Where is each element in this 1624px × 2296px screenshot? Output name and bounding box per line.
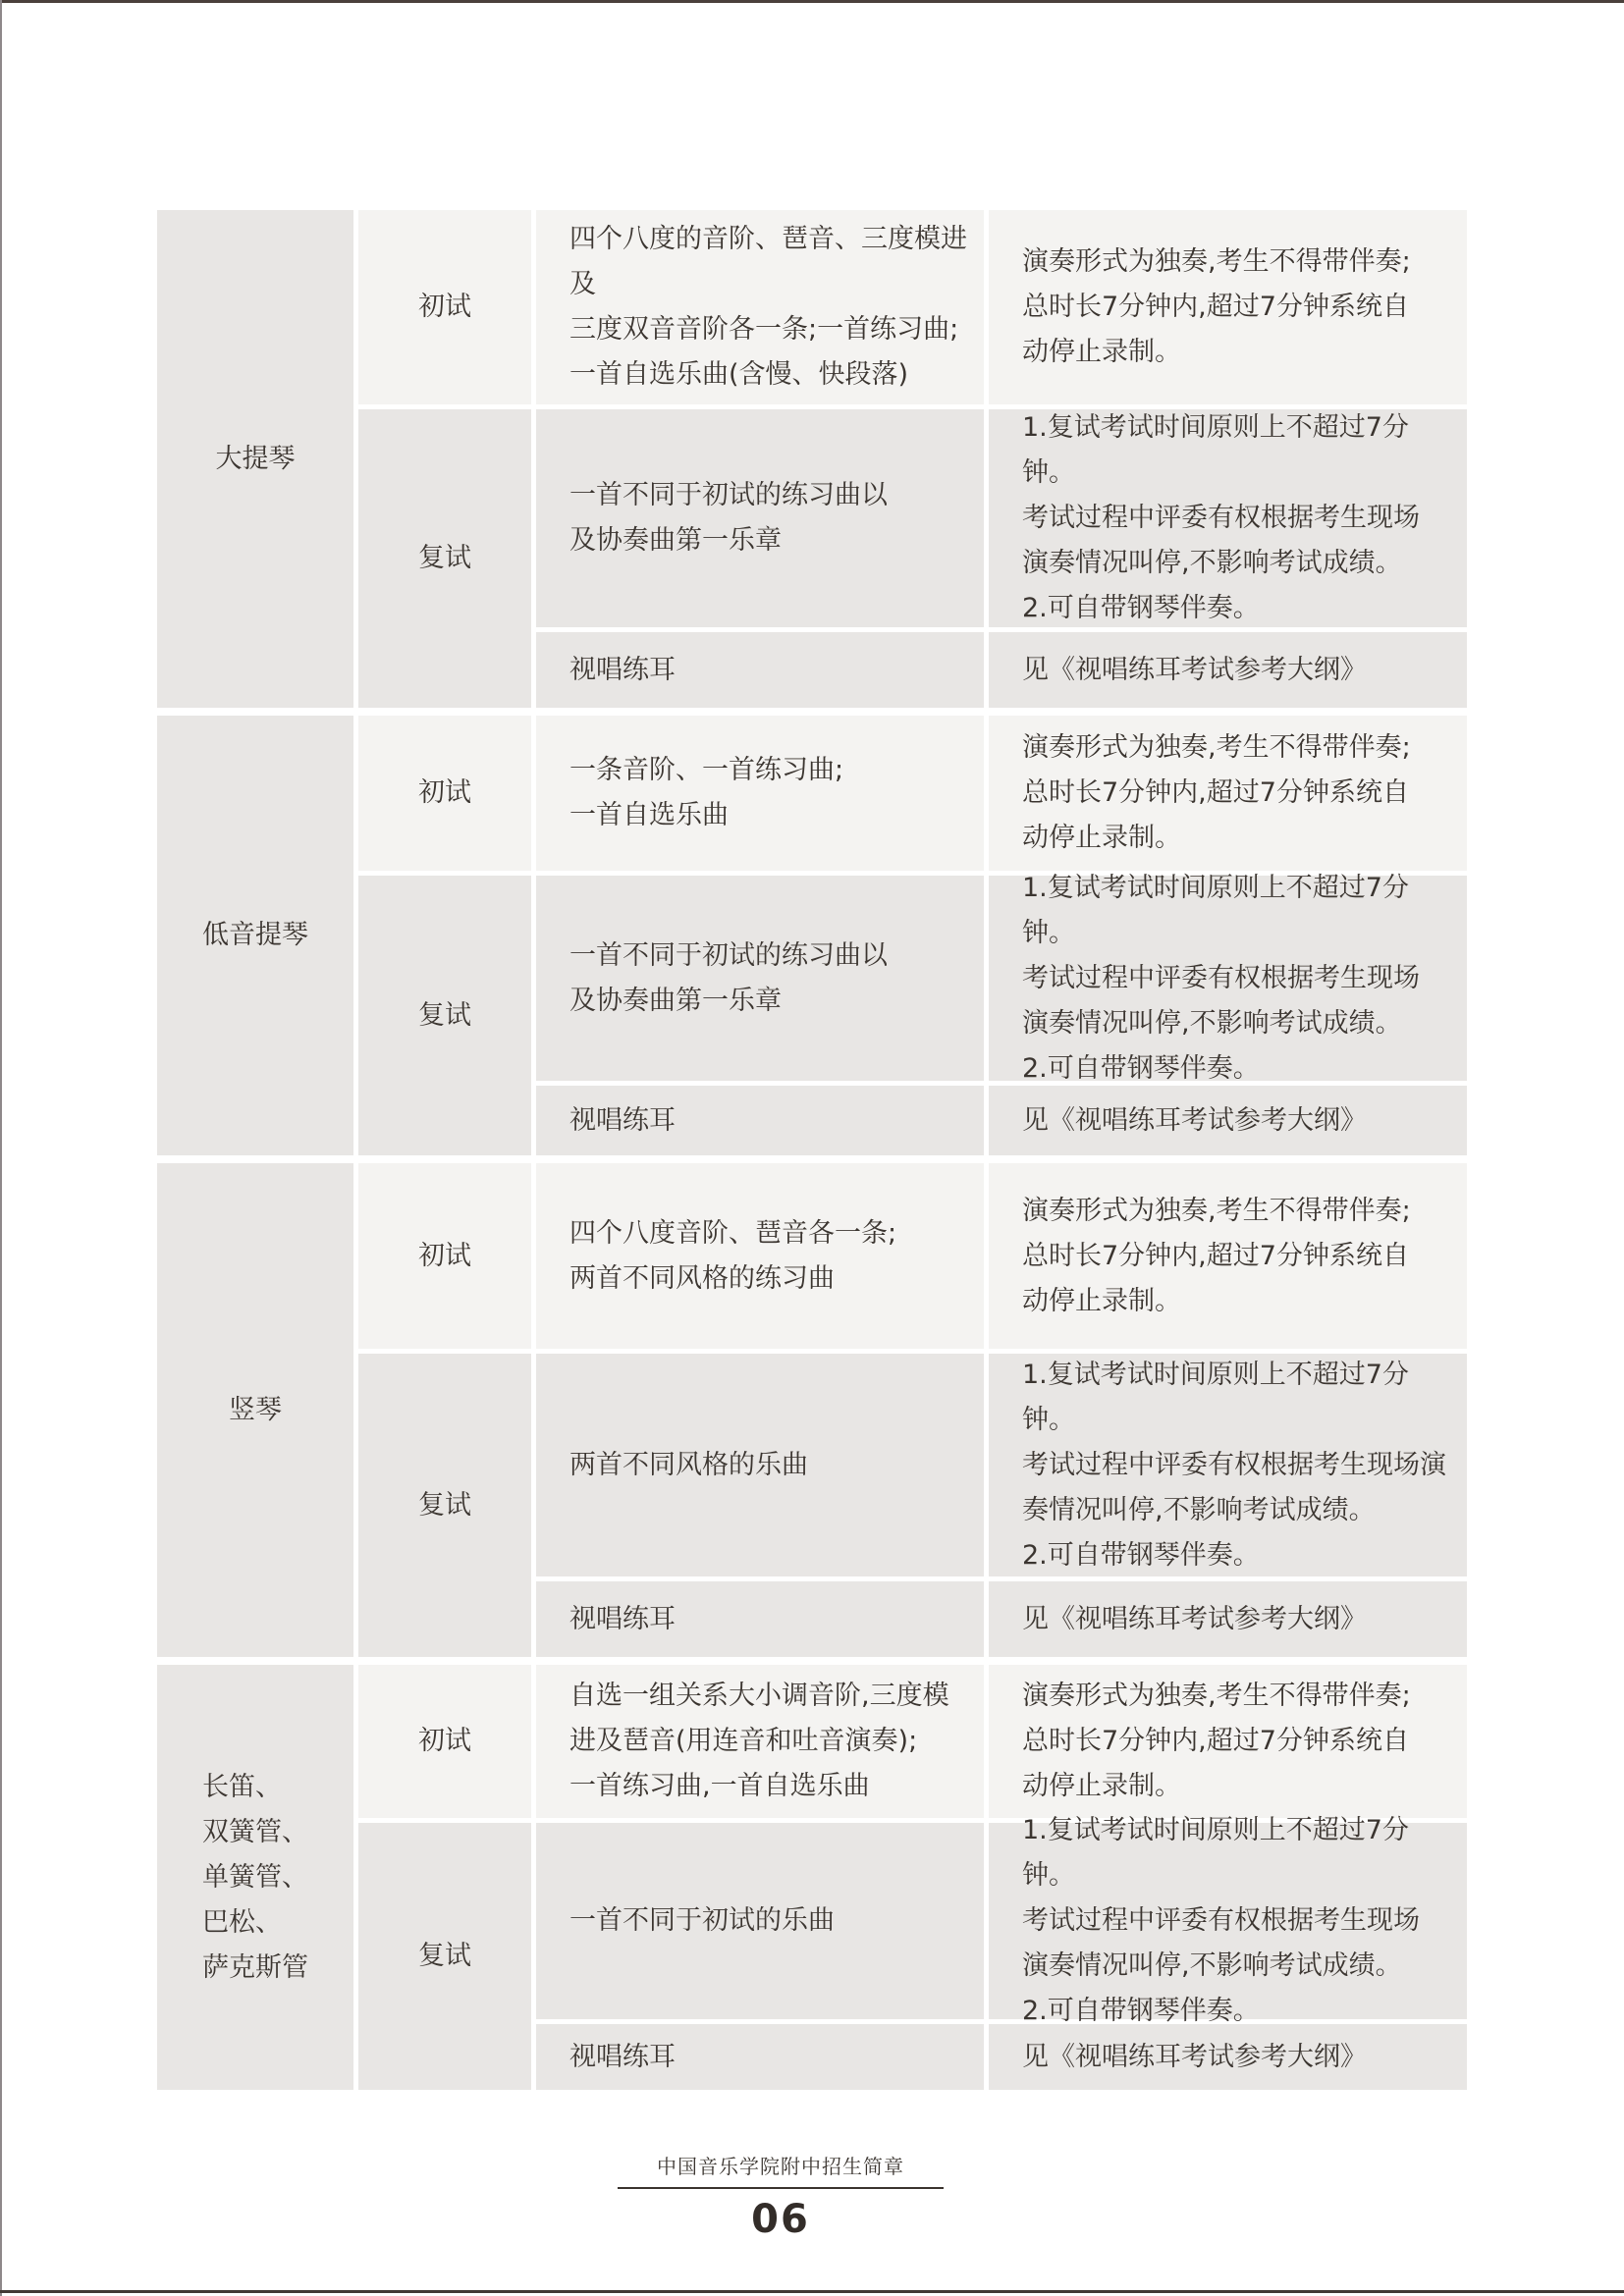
solfege-subject-cell: 视唱练耳 xyxy=(536,2024,984,2090)
requirement-line: 考试过程中评委有权根据考生现场 xyxy=(1022,1898,1457,1944)
instrument-name: 低音提琴 xyxy=(202,913,308,958)
content-line: 自选一组关系大小调音阶,三度模 xyxy=(569,1674,974,1719)
requirement-line: 演奏形式为独奏,考生不得带伴奏; xyxy=(1022,725,1457,771)
exam-table: 大提琴初试四个八度的音阶、琶音、三度模进及三度双音音阶各一条;一首练习曲;一首自… xyxy=(157,210,1467,2090)
page-footer: 中国音乐学院附中招生简章 06 xyxy=(565,2154,997,2242)
instrument-line: 萨克斯管 xyxy=(202,1946,308,1991)
solfege-requirement-cell: 见《视唱练耳考试参考大纲》 xyxy=(989,2024,1467,2090)
solfege-requirement-cell: 见《视唱练耳考试参考大纲》 xyxy=(989,632,1467,708)
instrument-name: 大提琴 xyxy=(216,437,296,482)
stage-cell-final: 复试 xyxy=(358,876,531,1155)
requirement-line: 演奏情况叫停,不影响考试成绩。 xyxy=(1022,1001,1457,1046)
final-content-cell: 一首不同于初试的练习曲以及协奏曲第一乐章 xyxy=(536,409,984,627)
table-section: 竖琴初试四个八度音阶、琶音各一条;两首不同风格的练习曲演奏形式为独奏,考生不得带… xyxy=(157,1163,1467,1657)
requirement-line: 总时长7分钟内,超过7分钟系统自 xyxy=(1022,285,1457,330)
instrument-line: 低音提琴 xyxy=(202,913,308,958)
instrument-name: 长笛、双簧管、单簧管、巴松、萨克斯管 xyxy=(202,1765,308,1991)
content-line: 一首不同于初试的练习曲以 xyxy=(569,473,974,518)
solfege-requirement-cell: 见《视唱练耳考试参考大纲》 xyxy=(989,1086,1467,1155)
page-bottom-border xyxy=(0,2290,1624,2293)
instrument-name: 竖琴 xyxy=(229,1388,282,1433)
final-content-cell: 一首不同于初试的乐曲 xyxy=(536,1823,984,2019)
requirement-line: 动停止录制。 xyxy=(1022,330,1457,375)
instrument-cell: 低音提琴 xyxy=(157,716,353,1155)
content-line: 一首自选乐曲(含慢、快段落) xyxy=(569,352,974,398)
preliminary-requirement-cell: 演奏形式为独奏,考生不得带伴奏;总时长7分钟内,超过7分钟系统自动停止录制。 xyxy=(989,1163,1467,1349)
page-number: 06 xyxy=(565,2197,997,2242)
preliminary-requirement-cell: 演奏形式为独奏,考生不得带伴奏;总时长7分钟内,超过7分钟系统自动停止录制。 xyxy=(989,1665,1467,1818)
final-requirement-cell: 1.复试考试时间原则上不超过7分钟。考试过程中评委有权根据考生现场演奏情况叫停,… xyxy=(989,1354,1467,1576)
requirement-line: 动停止录制。 xyxy=(1022,816,1457,861)
requirement-line: 考试过程中评委有权根据考生现场 xyxy=(1022,496,1457,541)
instrument-line: 单簧管、 xyxy=(202,1855,308,1900)
stage-cell-preliminary: 初试 xyxy=(358,1665,531,1818)
content-line: 一首不同于初试的练习曲以 xyxy=(569,934,974,979)
requirement-line: 演奏情况叫停,不影响考试成绩。 xyxy=(1022,1944,1457,1989)
table-section: 长笛、双簧管、单簧管、巴松、萨克斯管初试自选一组关系大小调音阶,三度模进及琶音(… xyxy=(157,1665,1467,2090)
requirement-line: 演奏情况叫停,不影响考试成绩。 xyxy=(1022,541,1457,586)
preliminary-content-cell: 自选一组关系大小调音阶,三度模进及琶音(用连音和吐音演奏);一首练习曲,一首自选… xyxy=(536,1665,984,1818)
requirement-line: 1.复试考试时间原则上不超过7分钟。 xyxy=(1022,405,1457,496)
content-line: 及协奏曲第一乐章 xyxy=(569,979,974,1024)
requirement-line: 演奏形式为独奏,考生不得带伴奏; xyxy=(1022,1189,1457,1234)
instrument-line: 双簧管、 xyxy=(202,1810,308,1855)
requirement-line: 2.可自带钢琴伴奏。 xyxy=(1022,1046,1457,1092)
stage-cell-final: 复试 xyxy=(358,1823,531,2090)
content-line: 进及琶音(用连音和吐音演奏); xyxy=(569,1719,974,1764)
instrument-line: 巴松、 xyxy=(202,1900,308,1946)
requirement-line: 总时长7分钟内,超过7分钟系统自 xyxy=(1022,771,1457,816)
requirement-line: 演奏形式为独奏,考生不得带伴奏; xyxy=(1022,240,1457,285)
requirement-line: 考试过程中评委有权根据考生现场演 xyxy=(1022,1443,1457,1488)
instrument-line: 大提琴 xyxy=(216,437,296,482)
solfege-subject-cell: 视唱练耳 xyxy=(536,1581,984,1657)
stage-cell-final: 复试 xyxy=(358,1354,531,1657)
requirement-line: 奏情况叫停,不影响考试成绩。 xyxy=(1022,1488,1457,1533)
final-content-cell: 两首不同风格的乐曲 xyxy=(536,1354,984,1576)
requirement-line: 考试过程中评委有权根据考生现场 xyxy=(1022,956,1457,1001)
stage-cell-preliminary: 初试 xyxy=(358,210,531,404)
content-line: 三度双音音阶各一条;一首练习曲; xyxy=(569,307,974,352)
requirement-line: 动停止录制。 xyxy=(1022,1279,1457,1324)
final-requirement-cell: 1.复试考试时间原则上不超过7分钟。考试过程中评委有权根据考生现场演奏情况叫停,… xyxy=(989,409,1467,627)
requirement-line: 1.复试考试时间原则上不超过7分钟。 xyxy=(1022,866,1457,956)
footer-divider xyxy=(618,2187,944,2189)
page-top-border xyxy=(0,0,1624,3)
final-requirement-cell: 1.复试考试时间原则上不超过7分钟。考试过程中评委有权根据考生现场演奏情况叫停,… xyxy=(989,1823,1467,2019)
content-line: 四个八度的音阶、琶音、三度模进及 xyxy=(569,217,974,307)
content-line: 两首不同风格的乐曲 xyxy=(569,1443,974,1488)
content-line: 两首不同风格的练习曲 xyxy=(569,1256,974,1302)
preliminary-content-cell: 一条音阶、一首练习曲;一首自选乐曲 xyxy=(536,716,984,871)
solfege-subject-cell: 视唱练耳 xyxy=(536,1086,984,1155)
preliminary-content-cell: 四个八度的音阶、琶音、三度模进及三度双音音阶各一条;一首练习曲;一首自选乐曲(含… xyxy=(536,210,984,404)
footer-title: 中国音乐学院附中招生简章 xyxy=(565,2154,997,2179)
stage-cell-preliminary: 初试 xyxy=(358,716,531,871)
preliminary-requirement-cell: 演奏形式为独奏,考生不得带伴奏;总时长7分钟内,超过7分钟系统自动停止录制。 xyxy=(989,210,1467,404)
content-line: 及协奏曲第一乐章 xyxy=(569,518,974,563)
requirement-line: 2.可自带钢琴伴奏。 xyxy=(1022,1533,1457,1578)
content-line: 一条音阶、一首练习曲; xyxy=(569,748,974,793)
content-line: 四个八度音阶、琶音各一条; xyxy=(569,1211,974,1256)
instrument-line: 长笛、 xyxy=(202,1765,308,1810)
preliminary-requirement-cell: 演奏形式为独奏,考生不得带伴奏;总时长7分钟内,超过7分钟系统自动停止录制。 xyxy=(989,716,1467,871)
stage-cell-final: 复试 xyxy=(358,409,531,708)
solfege-subject-cell: 视唱练耳 xyxy=(536,632,984,708)
solfege-requirement-cell: 见《视唱练耳考试参考大纲》 xyxy=(989,1581,1467,1657)
table-section: 低音提琴初试一条音阶、一首练习曲;一首自选乐曲演奏形式为独奏,考生不得带伴奏;总… xyxy=(157,716,1467,1155)
final-requirement-cell: 1.复试考试时间原则上不超过7分钟。考试过程中评委有权根据考生现场演奏情况叫停,… xyxy=(989,876,1467,1081)
final-content-cell: 一首不同于初试的练习曲以及协奏曲第一乐章 xyxy=(536,876,984,1081)
page-left-border xyxy=(0,0,2,2296)
instrument-line: 竖琴 xyxy=(229,1388,282,1433)
stage-cell-preliminary: 初试 xyxy=(358,1163,531,1349)
table-section: 大提琴初试四个八度的音阶、琶音、三度模进及三度双音音阶各一条;一首练习曲;一首自… xyxy=(157,210,1467,708)
requirement-line: 1.复试考试时间原则上不超过7分钟。 xyxy=(1022,1808,1457,1898)
content-line: 一首不同于初试的乐曲 xyxy=(569,1898,974,1944)
instrument-cell: 竖琴 xyxy=(157,1163,353,1657)
instrument-cell: 长笛、双簧管、单簧管、巴松、萨克斯管 xyxy=(157,1665,353,2090)
requirement-line: 总时长7分钟内,超过7分钟系统自 xyxy=(1022,1234,1457,1279)
requirement-line: 2.可自带钢琴伴奏。 xyxy=(1022,586,1457,631)
instrument-cell: 大提琴 xyxy=(157,210,353,708)
requirement-line: 总时长7分钟内,超过7分钟系统自 xyxy=(1022,1719,1457,1764)
content-line: 一首自选乐曲 xyxy=(569,793,974,838)
requirement-line: 动停止录制。 xyxy=(1022,1764,1457,1809)
content-line: 一首练习曲,一首自选乐曲 xyxy=(569,1764,974,1809)
requirement-line: 1.复试考试时间原则上不超过7分钟。 xyxy=(1022,1353,1457,1443)
requirement-line: 演奏形式为独奏,考生不得带伴奏; xyxy=(1022,1674,1457,1719)
preliminary-content-cell: 四个八度音阶、琶音各一条;两首不同风格的练习曲 xyxy=(536,1163,984,1349)
